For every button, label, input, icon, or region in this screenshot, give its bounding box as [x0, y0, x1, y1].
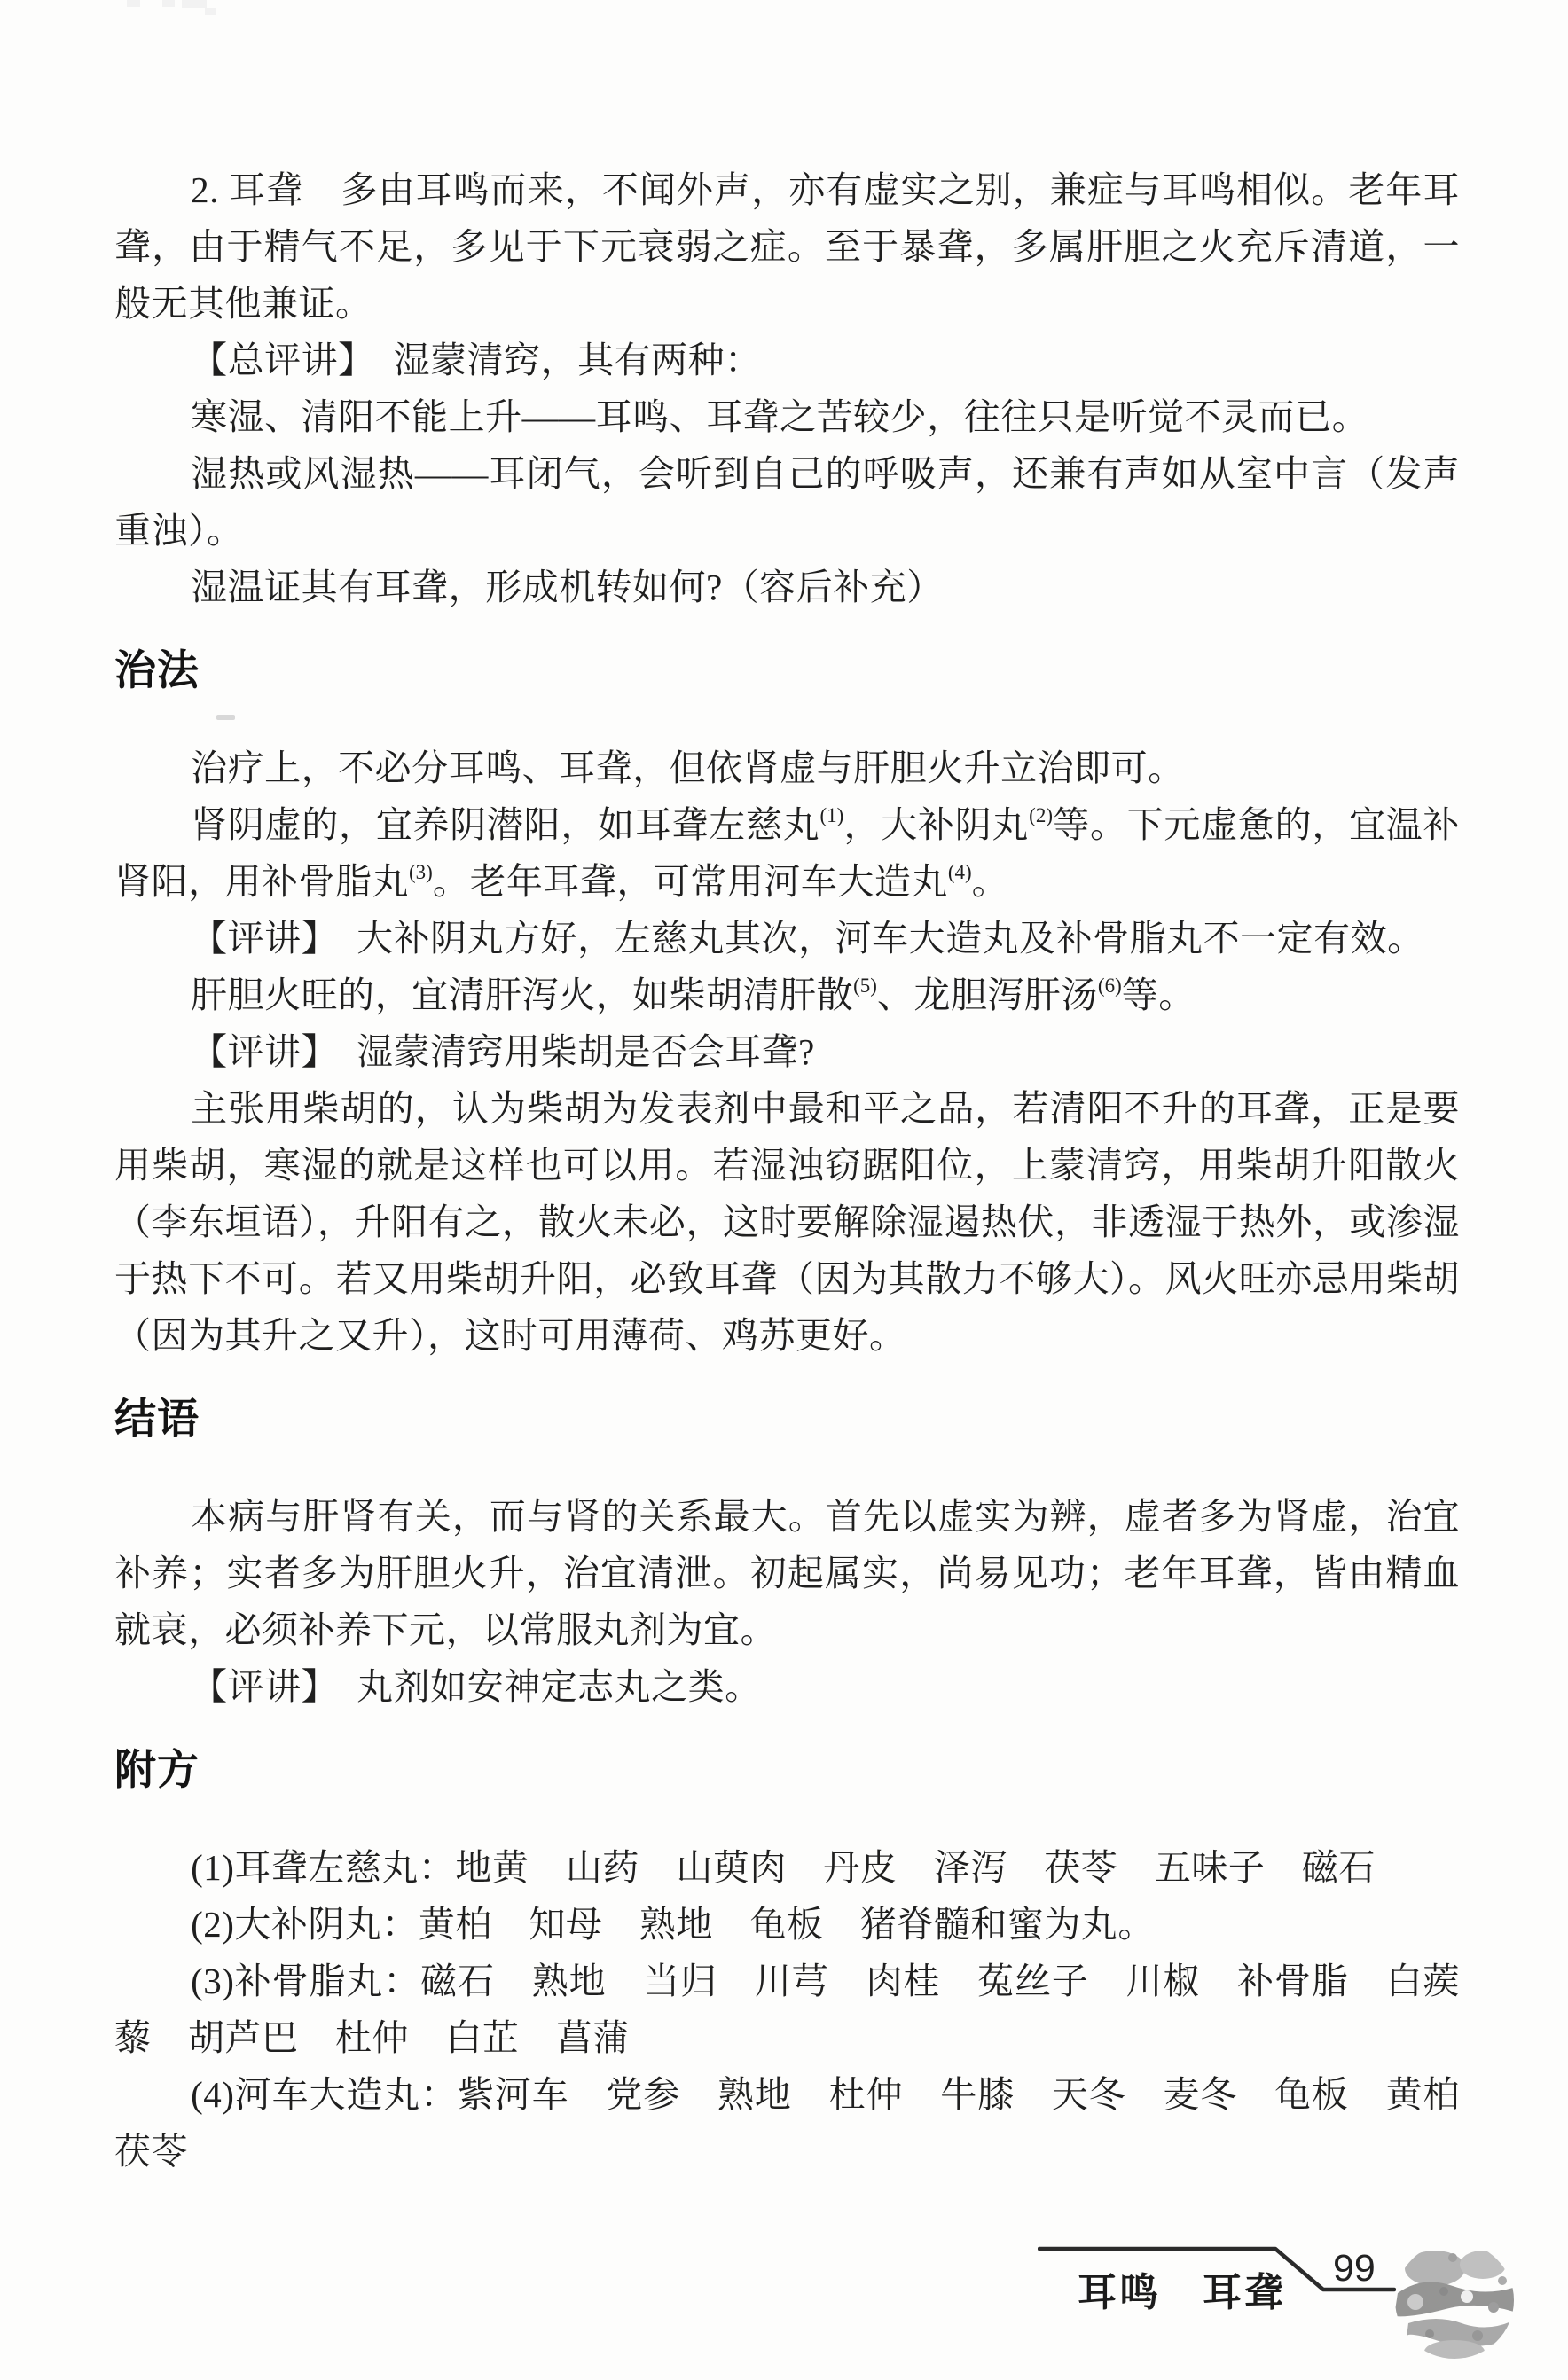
- scan-artifact: [205, 8, 216, 15]
- body-paragraph: (4)河车大造丸：紫河车 党参 熟地 杜仲 牛膝 天冬 麦冬 龟板 黄柏 茯苓: [114, 2066, 1460, 2180]
- footnote-marker: (1): [819, 804, 843, 826]
- page-number: 99: [1333, 2247, 1376, 2290]
- section-heading: 治法: [114, 646, 1460, 697]
- body-paragraph: 2. 耳聋 多由耳鸣而来，不闻外声，亦有虚实之别，兼症与耳鸣相似。老年耳聋，由于…: [114, 161, 1460, 332]
- footnote-marker: (3): [409, 861, 433, 883]
- body-paragraph: 湿温证其有耳聋，形成机转如何?（容后补充）: [114, 559, 1460, 615]
- body-paragraph: 肾阴虚的，宜养阴潜阳，如耳聋左慈丸(1)，大补阴丸(2)等。下元虚惫的，宜温补肾…: [114, 796, 1460, 910]
- footnote-marker: (2): [1029, 804, 1053, 826]
- footnote-marker: (4): [948, 861, 972, 883]
- body-paragraph: 肝胆火旺的，宜清肝泻火，如柴胡清肝散(5)、龙胆泻肝汤(6)等。: [114, 967, 1460, 1023]
- book-page: 2. 耳聋 多由耳鸣而来，不闻外声，亦有虚实之别，兼症与耳鸣相似。老年耳聋，由于…: [0, 0, 1568, 2380]
- seal-texture: [1394, 2251, 1517, 2363]
- running-footer-title: 耳鸣 耳聋: [1078, 2260, 1286, 2317]
- body-paragraph: 寒湿、清阳不能上升——耳鸣、耳聋之苦较少，往往只是听觉不灵而已。: [114, 388, 1460, 445]
- body-paragraph: 治疗上，不必分耳鸣、耳聋，但依肾虚与肝胆火升立治即可。: [114, 740, 1460, 796]
- body-paragraph: (1)耳聋左慈丸：地黄 山药 山萸肉 丹皮 泽泻 茯苓 五味子 磁石: [114, 1839, 1460, 1896]
- publisher-seal-icon: [1391, 2238, 1518, 2364]
- footnote-marker: (6): [1098, 975, 1122, 997]
- section-heading: 结语: [114, 1394, 1460, 1445]
- footnote-marker: (5): [853, 975, 877, 997]
- body-paragraph: (2)大补阴丸：黄柏 知母 熟地 龟板 猪脊髓和蜜为丸。: [114, 1896, 1460, 1953]
- section-heading: 附方: [114, 1745, 1460, 1797]
- body-paragraph: 【评讲】 丸剂如安神定志丸之类。: [114, 1658, 1460, 1715]
- body-paragraph: 主张用柴胡的，认为柴胡为发表剂中最和平之品，若清阳不升的耳聋，正是要用柴胡，寒湿…: [114, 1080, 1460, 1364]
- scan-artifact: [182, 0, 207, 8]
- body-paragraph: 【评讲】 大补阴丸方好，左慈丸其次，河车大造丸及补骨脂丸不一定有效。: [114, 910, 1460, 967]
- scan-artifact: [162, 0, 175, 7]
- scan-artifact: [127, 0, 140, 7]
- footer-rule-line: [1039, 2249, 1394, 2290]
- body-paragraph: (3)补骨脂丸：磁石 熟地 当归 川芎 肉桂 菟丝子 川椒 补骨脂 白蒺藜 胡芦…: [114, 1953, 1460, 2066]
- footer-rule: [1038, 2240, 1396, 2295]
- body-paragraph: 湿热或风湿热——耳闭气，会听到自己的呼吸声，还兼有声如从室中言（发声重浊）。: [114, 445, 1460, 559]
- body-paragraph: 本病与肝肾有关，而与肾的关系最大。首先以虚实为辨，虚者多为肾虚，治宜补养；实者多…: [114, 1488, 1460, 1658]
- body-paragraph: 【评讲】 湿蒙清窍用柴胡是否会耳聋?: [114, 1023, 1460, 1080]
- page-content: 2. 耳聋 多由耳鸣而来，不闻外声，亦有虚实之别，兼症与耳鸣相似。老年耳聋，由于…: [114, 161, 1460, 2180]
- body-paragraph: 【总评讲】 湿蒙清窍，其有两种：: [114, 332, 1460, 388]
